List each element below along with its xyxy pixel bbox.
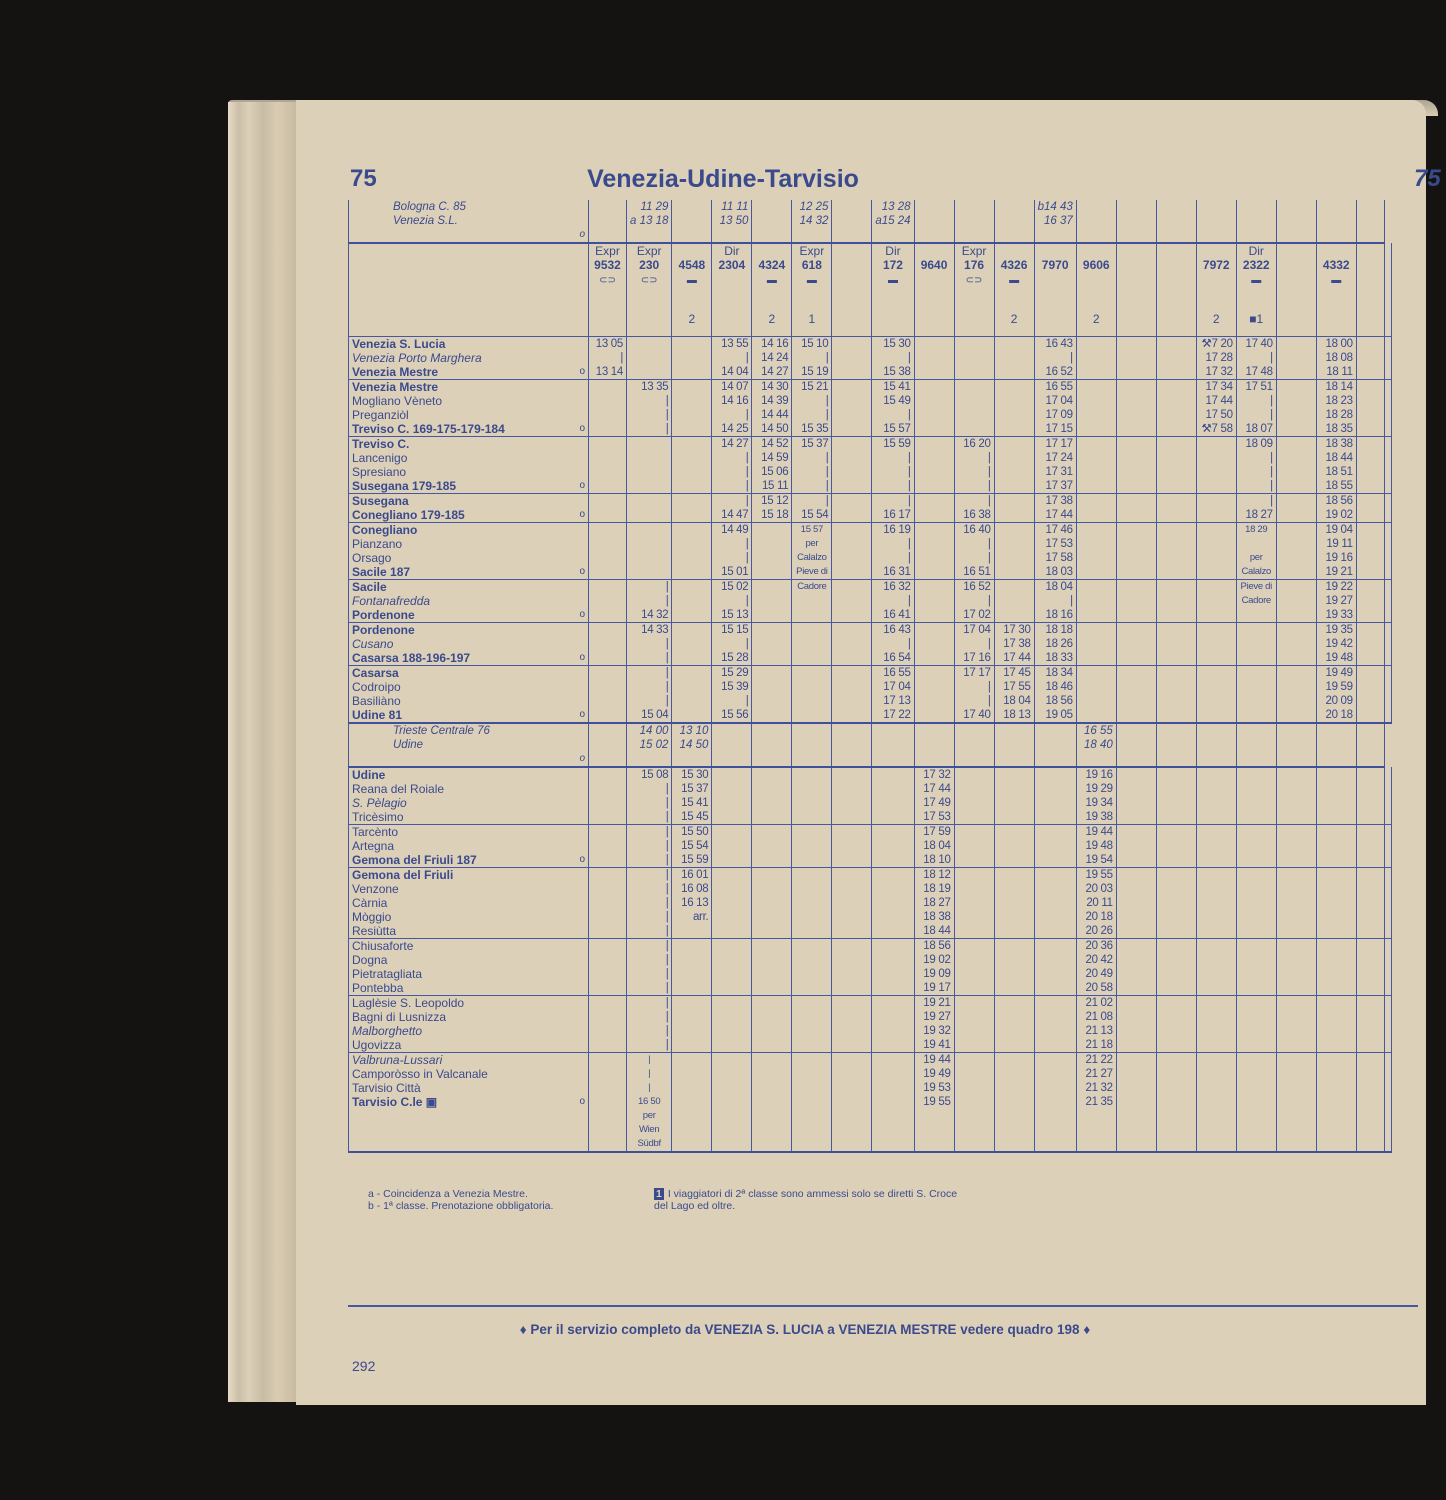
station-name: Susegana — [352, 494, 585, 508]
station-label: Pianzano — [352, 537, 402, 551]
time-cell — [1276, 380, 1316, 437]
time-cell — [792, 825, 832, 868]
station-group: SacileFontanafreddaPordenoneo — [349, 580, 589, 623]
time-cell — [1156, 494, 1196, 523]
time-cell: 17 32 17 44 17 49 17 53 — [914, 767, 954, 825]
time-cell — [914, 523, 954, 580]
time-cell — [589, 494, 627, 523]
time-cell — [914, 623, 954, 666]
couchette-icon: ⊂⊃ — [630, 274, 668, 288]
time-cell: 18 29 per Calalzo — [1236, 523, 1276, 580]
time-cell — [1356, 996, 1384, 1053]
section-north-2: Gemona del FriuliVenzoneCàrniaMòggioResi… — [349, 868, 1392, 939]
time-cell — [1316, 825, 1356, 868]
time-cell — [589, 868, 627, 939]
station-label: Chiusaforte — [352, 939, 413, 953]
train-column-header: Expr176⊂⊃ — [954, 243, 994, 337]
train-number — [1120, 258, 1153, 272]
terminal-marker-icon: o — [579, 853, 585, 867]
time-cell — [954, 939, 994, 996]
time-cell: 15 02 | 15 13 — [712, 580, 752, 623]
connection-time — [1236, 723, 1276, 767]
train-number: 4324 — [755, 258, 788, 272]
time-cell — [1156, 580, 1196, 623]
station-label: Tarcènto — [352, 825, 398, 839]
station-label: Lancenigo — [352, 451, 407, 465]
train-column-header: 4332▬ — [1316, 243, 1356, 337]
time-cell — [672, 523, 712, 580]
station-label: Tarvisio C.le ▣ — [352, 1095, 437, 1109]
time-cell — [1276, 623, 1316, 666]
time-cell: 14 30 14 39 14 44 14 50 — [752, 380, 792, 437]
connection-time — [832, 723, 872, 767]
time-cell — [672, 666, 712, 724]
station-name: Sacile 187o — [352, 565, 585, 579]
time-cell: 16 19 | | 16 31 — [872, 523, 914, 580]
station-name: Casarsa 188-196-197o — [352, 651, 585, 665]
time-cell — [1156, 1053, 1196, 1153]
time-cell: 17 40 | 17 48 — [1236, 337, 1276, 380]
time-cell — [1236, 1053, 1276, 1153]
time-cell — [1156, 825, 1196, 868]
station-name: Camporòsso in Valcanale — [352, 1067, 585, 1081]
time-cell — [1116, 996, 1156, 1053]
time-cell — [1034, 868, 1076, 939]
station-name: Malborghetto — [352, 1024, 585, 1038]
time-cell — [1076, 523, 1116, 580]
station-label: Resiùtta — [352, 924, 396, 938]
time-cell — [1316, 996, 1356, 1053]
time-cell — [1196, 996, 1236, 1053]
time-cell — [672, 337, 712, 380]
station-label: S. Pèlagio — [352, 796, 407, 810]
terminal-marker-icon: o — [579, 1095, 585, 1109]
spacer-cell — [1384, 825, 1391, 868]
railcar-icon: ▬ — [1240, 274, 1273, 288]
station-label: Pontebba — [352, 981, 403, 995]
terminal-marker-icon: o — [579, 708, 585, 722]
time-cell — [832, 1053, 872, 1153]
time-cell: 14 33 | | — [627, 623, 672, 666]
connection-time — [752, 723, 792, 767]
time-cell — [1236, 666, 1276, 724]
train-number: 2304 — [715, 258, 748, 272]
time-cell — [1156, 523, 1196, 580]
time-cell — [589, 939, 627, 996]
time-cell — [1156, 437, 1196, 494]
no-icon — [1160, 274, 1193, 288]
time-cell — [832, 868, 872, 939]
time-cell: 14 27 | | | — [712, 437, 752, 494]
connection-time — [1196, 723, 1236, 767]
connection-time: 11 29 a 13 18 — [627, 200, 672, 243]
time-cell — [1196, 939, 1236, 996]
time-cell — [1356, 868, 1384, 939]
time-cell — [954, 996, 994, 1053]
time-cell — [589, 437, 627, 494]
connection-time — [1156, 723, 1196, 767]
connection-time — [994, 723, 1034, 767]
station-name: Pordenone — [352, 623, 585, 637]
time-cell — [954, 868, 994, 939]
no-icon — [715, 274, 748, 288]
time-cell — [589, 580, 627, 623]
spacer-cell — [1384, 623, 1391, 666]
railcar-icon: ▬ — [998, 274, 1031, 288]
time-cell — [1276, 868, 1316, 939]
time-cell — [1116, 580, 1156, 623]
station-name: Fontanafredda — [352, 594, 585, 608]
time-cell: 15 30 | 15 38 — [872, 337, 914, 380]
page-title: Venezia-Udine-Tarvisio — [0, 165, 1446, 194]
time-cell — [1076, 666, 1116, 724]
train-category — [675, 244, 708, 258]
train-number — [1280, 258, 1313, 272]
time-cell — [1276, 437, 1316, 494]
connection-time — [672, 200, 712, 243]
time-cell — [1196, 767, 1236, 825]
spacer-cell — [1384, 380, 1391, 437]
time-cell: 15 10 | 15 19 — [792, 337, 832, 380]
time-cell — [1196, 1053, 1236, 1153]
train-column-header — [1356, 243, 1384, 337]
station-name: Tarvisio C.le ▣o — [352, 1095, 585, 1109]
time-cell: | | | | — [627, 996, 672, 1053]
time-cell: 19 21 19 27 19 32 19 41 — [914, 996, 954, 1053]
train-category — [1280, 244, 1313, 258]
time-cell: 16 43 | 16 52 — [1034, 337, 1076, 380]
station-name: Tarcènto — [352, 825, 585, 839]
station-name: Treviso C. — [352, 437, 585, 451]
train-number — [1160, 258, 1193, 272]
time-cell — [1156, 666, 1196, 724]
time-cell — [994, 494, 1034, 523]
train-column-header — [1276, 243, 1316, 337]
time-cell — [832, 825, 872, 868]
station-name: Bagni di Lusnizza — [352, 1010, 585, 1024]
train-column-header: 4326▬2 — [994, 243, 1034, 337]
train-number: 618 — [795, 258, 828, 272]
station-group: CasarsaCodroipoBasiliànoUdine 81o — [349, 666, 589, 724]
time-cell — [589, 623, 627, 666]
time-cell: 15 41 15 49 | 15 57 — [872, 380, 914, 437]
section-south-3: SuseganaConegliano 179-185o| 14 4715 12 … — [349, 494, 1392, 523]
time-cell — [1236, 825, 1276, 868]
time-cell: 17 45 17 55 18 04 18 13 — [994, 666, 1034, 724]
connection-time — [1116, 200, 1156, 243]
time-cell — [1196, 494, 1236, 523]
time-cell: 17 46 17 53 17 58 18 03 — [1034, 523, 1076, 580]
station-label: Venezia S. Lucia — [352, 337, 445, 351]
spacer-cell — [1384, 868, 1391, 939]
footnote-text: I viaggiatori di 2ª classe sono ammessi … — [654, 1188, 957, 1212]
time-cell — [1196, 523, 1236, 580]
terminal-marker-icon: o — [579, 608, 585, 622]
time-cell: ⚒7 20 17 28 17 32 — [1196, 337, 1236, 380]
station-group: Venezia MestreMogliano VènetoPreganziòlT… — [349, 380, 589, 437]
time-cell: | 18 27 — [1236, 494, 1276, 523]
time-cell — [1116, 437, 1156, 494]
time-cell — [994, 380, 1034, 437]
time-cell: 17 04 | 17 16 — [954, 623, 994, 666]
time-cell — [1356, 939, 1384, 996]
time-cell — [712, 1053, 752, 1153]
train-category: Expr — [630, 244, 668, 258]
connection-time — [712, 723, 752, 767]
spacer-cell — [1384, 939, 1391, 996]
station-name: Treviso C. 169-175-179-184o — [352, 422, 585, 436]
train-category: Expr — [958, 244, 991, 258]
station-label: Codroipo — [352, 680, 401, 694]
station-label: Dogna — [352, 953, 387, 967]
station-label: Laglèsie S. Leopoldo — [352, 996, 464, 1010]
time-cell: 19 22 19 27 19 33 — [1316, 580, 1356, 623]
station-group: Laglèsie S. LeopoldoBagni di LusnizzaMal… — [349, 996, 589, 1053]
time-cell — [1276, 666, 1316, 724]
station-name: Preganziòl — [352, 408, 585, 422]
time-cell — [1156, 380, 1196, 437]
time-cell — [994, 580, 1034, 623]
time-cell — [1236, 996, 1276, 1053]
train-category — [835, 244, 868, 258]
time-cell — [1356, 494, 1384, 523]
train-category — [1120, 244, 1153, 258]
connection-bologna-row: Bologna C. 85 Venezia S.L.o11 29 a 13 18… — [349, 200, 1392, 243]
section-south-1: Venezia MestreMogliano VènetoPreganziòlT… — [349, 380, 1392, 437]
train-category — [998, 244, 1031, 258]
time-cell — [914, 666, 954, 724]
time-cell: 18 56 19 02 19 09 19 17 — [914, 939, 954, 996]
time-cell: 16 52 | 17 02 — [954, 580, 994, 623]
time-cell — [1156, 868, 1196, 939]
connection-time — [1076, 200, 1116, 243]
time-cell — [1196, 623, 1236, 666]
connection-time — [1236, 200, 1276, 243]
connection-time: 16 55 18 40 — [1076, 723, 1116, 767]
spacer-cell — [1384, 494, 1391, 523]
time-cell: 13 05 | 13 14 — [589, 337, 627, 380]
train-category — [1038, 244, 1073, 258]
connection-time — [1316, 723, 1356, 767]
header-blank — [349, 243, 589, 337]
section-north-4: Laglèsie S. LeopoldoBagni di LusnizzaMal… — [349, 996, 1392, 1053]
train-category — [918, 244, 951, 258]
terminal-marker-icon: o — [579, 422, 585, 436]
section-north-3: ChiusaforteDognaPietratagliataPontebba| … — [349, 939, 1392, 996]
station-name: Gemona del Friuli 187o — [352, 853, 585, 867]
time-cell — [954, 337, 994, 380]
train-number: 7970 — [1038, 258, 1073, 272]
time-cell: 13 55 | 14 04 — [712, 337, 752, 380]
spacer-cell — [1384, 1053, 1391, 1153]
time-cell: 18 18 18 26 18 33 — [1034, 623, 1076, 666]
station-name: Udine — [352, 768, 585, 782]
header-blank — [1384, 243, 1391, 337]
station-label: Càrnia — [352, 896, 387, 910]
connection-time: 11 11 13 50 — [712, 200, 752, 243]
station-name: Sacile — [352, 580, 585, 594]
time-cell — [792, 767, 832, 825]
time-cell: 14 07 14 16 | 14 25 — [712, 380, 752, 437]
time-cell: 18 04 | 18 16 — [1034, 580, 1076, 623]
time-cell — [1356, 1053, 1384, 1153]
time-cell — [672, 623, 712, 666]
time-cell: 21 22 21 27 21 32 21 35 — [1076, 1053, 1116, 1153]
train-category: Expr — [592, 244, 623, 258]
station-label: Susegana — [352, 494, 409, 508]
time-cell — [712, 825, 752, 868]
section-south-6: PordenoneCusanoCasarsa 188-196-197o14 33… — [349, 623, 1392, 666]
station-label: Sacile 187 — [352, 565, 410, 579]
time-cell — [752, 1053, 792, 1153]
connection-time: 13 10 14 50 — [672, 723, 712, 767]
station-group: ChiusaforteDognaPietratagliataPontebba — [349, 939, 589, 996]
footer-note: ♦ Per il servizio completo da VENEZIA S.… — [0, 1322, 1446, 1337]
train-number: 176 — [958, 258, 991, 272]
station-name: Gemona del Friuli — [352, 868, 585, 882]
time-cell — [1076, 623, 1116, 666]
time-cell — [627, 523, 672, 580]
time-cell — [792, 623, 832, 666]
time-cell — [627, 494, 672, 523]
train-column-header: 4324▬2 — [752, 243, 792, 337]
station-name: Pianzano — [352, 537, 585, 551]
station-label: Pordenone — [352, 608, 415, 622]
time-cell — [672, 380, 712, 437]
train-column-header: 7970 — [1034, 243, 1076, 337]
time-cell — [1276, 580, 1316, 623]
spacer-cell — [1384, 666, 1391, 724]
railcar-icon: ▬ — [795, 274, 828, 288]
station-label: Tricèsimo — [352, 810, 404, 824]
time-cell: 13 35 | | | — [627, 380, 672, 437]
time-cell — [954, 825, 994, 868]
station-name: Artegna — [352, 839, 585, 853]
railcar-icon: ▬ — [1320, 274, 1353, 288]
time-cell: 16 01 16 08 16 13 arr. — [672, 868, 712, 939]
connection-time — [832, 200, 872, 243]
station-name: Conegliano 179-185o — [352, 508, 585, 522]
train-class: 2 — [998, 312, 1031, 326]
time-cell: 21 02 21 08 21 13 21 18 — [1076, 996, 1116, 1053]
station-label: Orsago — [352, 551, 391, 565]
station-label: Udine — [352, 768, 385, 782]
time-cell — [994, 825, 1034, 868]
time-cell — [1196, 437, 1236, 494]
time-cell — [1116, 868, 1156, 939]
station-label: Casarsa 188-196-197 — [352, 651, 470, 665]
station-name: Dogna — [352, 953, 585, 967]
book-page-edges — [228, 102, 298, 1402]
connection-time — [914, 723, 954, 767]
station-label: Pietratagliata — [352, 967, 422, 981]
connection-time — [589, 200, 627, 243]
connection-time: 14 00 15 02 — [627, 723, 672, 767]
train-class: 2 — [675, 312, 708, 326]
time-cell: 15 08 | | | — [627, 767, 672, 825]
station-group: Venezia S. LuciaVenezia Porto MargheraVe… — [349, 337, 589, 380]
time-cell: 19 44 19 48 19 54 — [1076, 825, 1116, 868]
time-cell: | 16 38 — [954, 494, 994, 523]
station-label: Pordenone — [352, 623, 415, 637]
station-label: Treviso C. 169-175-179-184 — [352, 422, 505, 436]
time-cell — [872, 1053, 914, 1153]
time-cell — [1356, 623, 1384, 666]
time-cell — [1236, 868, 1276, 939]
no-icon — [1360, 274, 1381, 288]
time-cell — [1034, 825, 1076, 868]
time-cell — [1276, 996, 1316, 1053]
station-label: Venezia Porto Marghera — [352, 351, 482, 365]
train-category — [1080, 244, 1113, 258]
station-name: Cusano — [352, 637, 585, 651]
time-cell: 18 00 18 08 18 11 — [1316, 337, 1356, 380]
spacer-cell — [1384, 996, 1391, 1053]
time-cell — [1076, 494, 1116, 523]
time-cell — [1076, 337, 1116, 380]
first-class-marker-icon: 1 — [654, 1188, 664, 1200]
terminal-marker-icon: o — [579, 228, 585, 242]
time-cell — [1116, 666, 1156, 724]
time-cell — [832, 437, 872, 494]
time-cell — [914, 580, 954, 623]
time-cell: 15 15 | 15 28 — [712, 623, 752, 666]
time-cell — [712, 767, 752, 825]
time-cell: 18 09 | | | — [1236, 437, 1276, 494]
time-cell — [994, 337, 1034, 380]
time-cell — [627, 337, 672, 380]
time-cell: 19 49 19 59 20 09 20 18 — [1316, 666, 1356, 724]
terminal-marker-icon: o — [579, 365, 585, 379]
station-name: Venezia S. Lucia — [352, 337, 585, 351]
time-cell — [752, 623, 792, 666]
station-group: UdineReana del RoialeS. PèlagioTricèsimo — [349, 767, 589, 825]
no-icon — [1120, 274, 1153, 288]
time-cell — [832, 580, 872, 623]
section-south-0: Venezia S. LuciaVenezia Porto MargheraVe… — [349, 337, 1392, 380]
station-group: TarcèntoArtegnaGemona del Friuli 187o — [349, 825, 589, 868]
time-cell — [832, 380, 872, 437]
couchette-icon: ⊂⊃ — [958, 274, 991, 288]
time-cell — [589, 825, 627, 868]
station-label: Valbruna-Lussari — [352, 1053, 442, 1067]
station-name: Venezia Mestreo — [352, 365, 585, 379]
time-cell: 18 12 18 19 18 27 18 38 18 44 — [914, 868, 954, 939]
railcar-icon: ▬ — [875, 274, 910, 288]
time-cell: 17 34 17 44 17 50 ⚒7 58 — [1196, 380, 1236, 437]
time-cell — [914, 337, 954, 380]
time-cell — [672, 494, 712, 523]
time-cell — [792, 666, 832, 724]
time-cell: | 15 54 — [792, 494, 832, 523]
time-cell: | 14 47 — [712, 494, 752, 523]
terminal-marker-icon: o — [579, 565, 585, 579]
station-name: Valbruna-Lussari — [352, 1053, 585, 1067]
section-south-7: CasarsaCodroipoBasiliànoUdine 81o| | | 1… — [349, 666, 1392, 724]
station-name: Laglèsie S. Leopoldo — [352, 996, 585, 1010]
station-group: SuseganaConegliano 179-185o — [349, 494, 589, 523]
time-cell — [1316, 868, 1356, 939]
time-cell: 16 40 | | 16 51 — [954, 523, 994, 580]
time-cell — [1236, 623, 1276, 666]
connection-time — [1156, 200, 1196, 243]
time-cell — [914, 437, 954, 494]
connection-time — [1356, 200, 1384, 243]
time-cell — [1116, 337, 1156, 380]
station-name: Spresiano — [352, 465, 585, 479]
time-cell: 19 44 19 49 19 53 19 55 — [914, 1053, 954, 1153]
train-category — [1320, 244, 1353, 258]
